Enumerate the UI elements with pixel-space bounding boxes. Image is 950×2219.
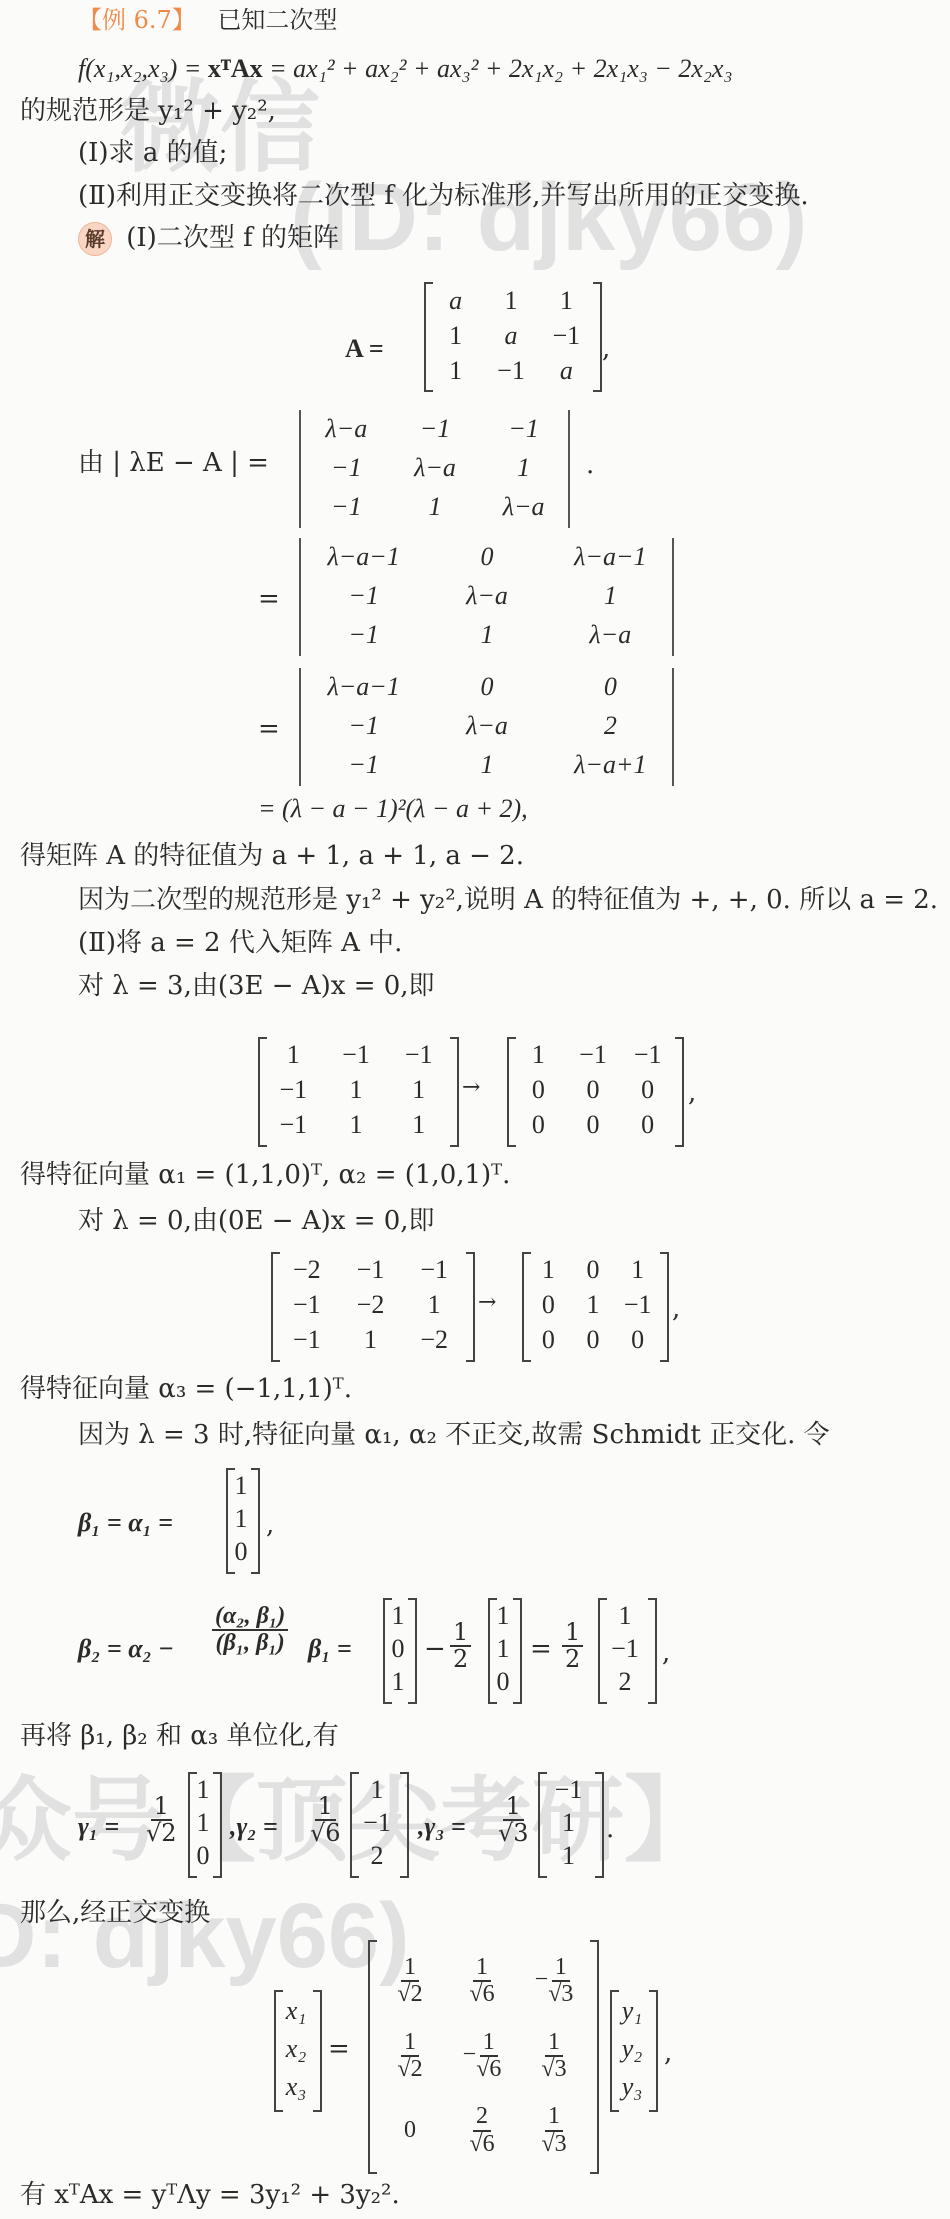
comma: , (672, 1296, 680, 1322)
x-vector: x₁x₂x₃ (278, 1992, 314, 2106)
half-fraction: 1 2 (562, 1620, 583, 1672)
gamma3-coefficient: 1 √3 (498, 1794, 529, 1846)
factored-polynomial: = (λ − a − 1)²(λ − a + 2), (258, 796, 528, 822)
det-bar (672, 668, 674, 786)
lambda0-line: 对 λ = 0,由(0E − A)x = 0,即 (78, 1208, 435, 1234)
q-cell: 1√2 (397, 1955, 422, 2007)
question-part-1: (Ⅰ)求 a 的值; (78, 140, 227, 166)
bracket-right (595, 1772, 604, 1878)
bracket-right (400, 1772, 409, 1878)
bracket-right (590, 1940, 599, 2174)
minus-sign: − (424, 1636, 446, 1662)
determinant-3: λ−a−100 −1λ−a2 −11λ−a+1 (302, 668, 672, 784)
arrow-icon: → (478, 1292, 496, 1314)
comma: , (664, 2040, 672, 2066)
eigenvectors-12-line: 得特征向量 α₁ = (1,1,0)ᵀ, α₂ = (1,0,1)ᵀ. (20, 1162, 510, 1188)
det-bar (299, 410, 301, 528)
solution-badge-icon: 解 (78, 222, 112, 256)
matrix-0e-minus-a: −2−1−1 −1−21 −11−2 (275, 1253, 466, 1357)
schmidt-line: 因为 λ = 3 时,特征向量 α₁, α₂ 不正交,故需 Schmidt 正交… (78, 1422, 830, 1448)
beta2-label: β₂ = α₂ − (78, 1636, 174, 1662)
q-cell: 1√3 (541, 2104, 566, 2156)
matrix-0-reduced: 101 01−1 000 (526, 1253, 660, 1357)
bracket-right (313, 1990, 322, 2112)
bracket-right (649, 1990, 658, 2112)
det-bar (299, 538, 301, 656)
beta1-vector: 110 (230, 1469, 252, 1569)
final-result-line: 有 xᵀAx = yᵀΛy = 3y₁² + 3y₂². (20, 2182, 400, 2208)
part2-intro: (Ⅱ)将 a = 2 代入矩阵 A 中. (78, 930, 402, 956)
solution-intro: 解 (Ⅰ)二次型 f 的矩阵 (78, 222, 339, 256)
q-cell: 2√6 (469, 2104, 494, 2156)
q-cell: −1√3 (535, 1955, 574, 2007)
reason-line: 因为二次型的规范形是 y₁² + y₂²,说明 A 的特征值为 +, +, 0.… (78, 887, 938, 913)
q-cell: 1√2 (397, 2030, 422, 2082)
eigenvalues-line: 得矩阵 A 的特征值为 a + 1, a + 1, a − 2. (20, 843, 524, 869)
equals-sign: = (530, 1636, 552, 1662)
arrow-icon: → (462, 1077, 480, 1099)
question-part-2: (Ⅱ)利用正交变换将二次型 f 化为标准形,并写出所用的正交变换. (78, 183, 809, 209)
determinant-1: λ−a−1−1 −1λ−a1 −11λ−a (302, 410, 568, 526)
bracket-right (593, 282, 602, 392)
gamma1-vector: 110 (192, 1773, 214, 1873)
determinant-2: λ−a−10λ−a−1 −1λ−a1 −11λ−a (302, 538, 672, 654)
example-tag: 【例 6.7】 (78, 6, 196, 34)
matrix-a: a11 1a−1 1−1a (428, 284, 594, 388)
q-cell: 1√6 (469, 1955, 494, 2007)
equals-sign: = (258, 716, 280, 742)
bracket-right (648, 1598, 657, 1704)
quadratic-form-formula: f(x₁,x₂,x₃) = xᵀAx = ax₁² + ax₂² + ax₃² … (78, 56, 733, 82)
gamma1-coefficient: 1 √2 (146, 1794, 177, 1846)
comma: , (662, 1640, 670, 1666)
gamma1-label: γ₁ = (78, 1814, 119, 1840)
matrix-3e-minus-a: 1−1−1 −111 −111 (262, 1038, 450, 1142)
matrix-a-label: A = (345, 336, 384, 362)
orthogonal-matrix-q: 1√2 1√6 −1√3 1√2 −1√6 1√3 0 2√6 1√3 (374, 1944, 590, 2168)
gamma2-vector: 1−12 (354, 1773, 400, 1873)
bracket-right (213, 1772, 222, 1878)
matrix-3-reduced: 1−1−1 000 000 (511, 1038, 675, 1142)
gamma3-vector: −111 (542, 1773, 595, 1873)
equals-sign: = (328, 2036, 350, 2062)
beta1-label: β₁ = α₁ = (78, 1510, 173, 1536)
half-fraction: 1 2 (450, 1620, 471, 1672)
bracket-right (513, 1598, 522, 1704)
bracket-right (408, 1598, 417, 1704)
unitize-line: 再将 β₁, β₂ 和 α₃ 单位化,有 (20, 1723, 339, 1749)
projection-fraction: (α₂, β₁) (β₁, β₁) (212, 1604, 288, 1656)
alpha2-vector: 101 (387, 1599, 409, 1699)
det-bar (672, 538, 674, 656)
bracket-right (466, 1252, 475, 1362)
det-prefix: 由 | λE − A | = (78, 450, 269, 476)
normal-form-line: 的规范形是 y₁² + y₂², (20, 98, 276, 124)
eigenvector-3-line: 得特征向量 α₃ = (−1,1,1)ᵀ. (20, 1376, 352, 1402)
comma: , (266, 1512, 274, 1538)
gamma3-label: ,γ₃ = (418, 1814, 466, 1840)
bracket-right (660, 1252, 669, 1362)
comma: , (688, 1080, 696, 1106)
gamma2-coefficient: 1 √6 (310, 1794, 341, 1846)
beta1-vector-repeat: 110 (492, 1599, 514, 1699)
equals-sign: = (258, 586, 280, 612)
q-cell: −1√6 (463, 2030, 502, 2082)
q-cell: 1√3 (541, 2030, 566, 2082)
bracket-right (251, 1468, 260, 1574)
bracket-right (675, 1037, 684, 1147)
beta2-vector: 1−12 (602, 1599, 648, 1699)
gamma2-label: ,γ₂ = (230, 1814, 278, 1840)
bracket-right (450, 1037, 459, 1147)
y-vector: y₁y₂y₃ (614, 1992, 650, 2106)
q-cell: 0 (404, 2117, 416, 2144)
example-header: 【例 6.7】 已知二次型 (78, 8, 337, 32)
comma: , (602, 336, 610, 362)
det-bar (299, 668, 301, 786)
period: . (586, 452, 594, 478)
lambda3-line: 对 λ = 3,由(3E − A)x = 0,即 (78, 973, 435, 999)
transform-line: 那么,经正交变换 (20, 1900, 210, 1926)
det-bar (568, 410, 570, 528)
period: . (606, 1816, 614, 1842)
example-title: 已知二次型 (217, 6, 337, 34)
beta1-equals: β₁ = (308, 1636, 352, 1662)
